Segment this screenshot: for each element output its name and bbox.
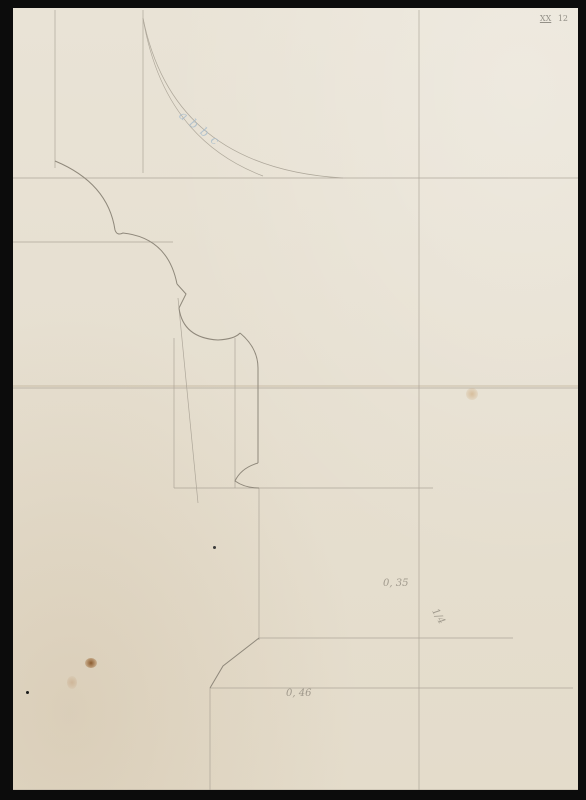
ink-dot xyxy=(213,546,216,549)
profile-drawing xyxy=(13,8,578,790)
dimension-label-lower: 0, 46 xyxy=(286,688,311,699)
dimension-label-upper: 0, 35 xyxy=(383,578,408,589)
stain-mark xyxy=(466,388,478,400)
stain-mark xyxy=(67,676,77,689)
paper-sheet: XX 12 a b b c 0, 35 1/4 0, 46 xyxy=(13,8,578,790)
ink-dot xyxy=(26,691,29,694)
catalog-mark: XX 12 xyxy=(540,14,568,23)
stain-mark xyxy=(85,658,97,668)
